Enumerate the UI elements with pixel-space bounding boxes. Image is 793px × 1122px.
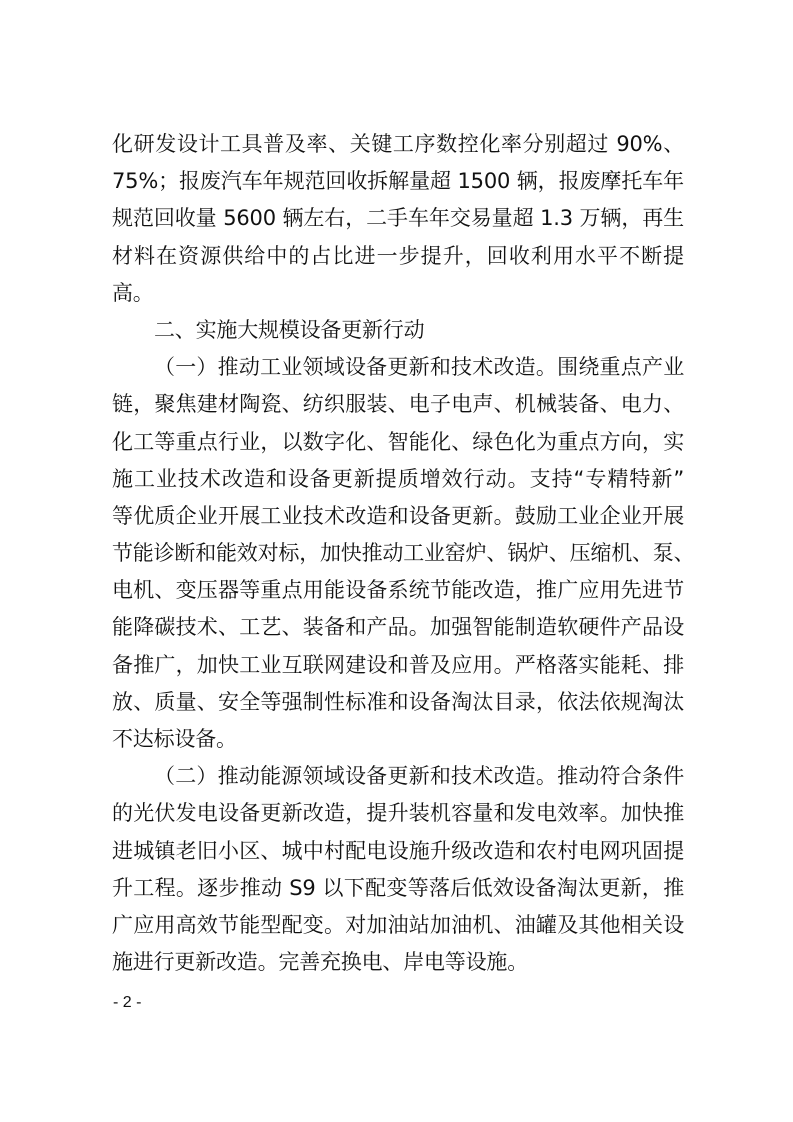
text-line: 进城镇老旧小区、城中村配电设施升级改造和农村电网巩固提 <box>112 833 684 870</box>
text-line: 能降碳技术、工艺、装备和产品。加强智能制造软硬件产品设 <box>112 609 684 646</box>
text-line: 材料在资源供给中的占比进一步提升，回收利用水平不断提 <box>112 238 684 275</box>
page-number: - 2 - <box>113 994 141 1012</box>
text-line: 不达标设备。 <box>112 721 684 758</box>
document-page: 化研发设计工具普及率、关键工序数控化率分别超过 90%、 75%；报废汽车年规范… <box>112 126 684 981</box>
text-line: （二）推动能源领域设备更新和技术改造。推动符合条件 <box>112 758 684 795</box>
text-line: （一）推动工业领域设备更新和技术改造。围绕重点产业 <box>112 349 684 386</box>
text-line: 规范回收量 5600 辆左右，二手车年交易量超 1.3 万辆，再生 <box>112 200 684 237</box>
text-line: 电机、变压器等重点用能设备系统节能改造，推广应用先进节 <box>112 572 684 609</box>
text-line: 等优质企业开展工业技术改造和设备更新。鼓励工业企业开展 <box>112 498 684 535</box>
text-line: 化研发设计工具普及率、关键工序数控化率分别超过 90%、 <box>112 126 684 163</box>
text-line: 75%；报废汽车年规范回收拆解量超 1500 辆，报废摩托车年 <box>112 163 684 200</box>
text-line: 节能诊断和能效对标，加快推动工业窑炉、锅炉、压缩机、泵、 <box>112 535 684 572</box>
paragraph-industrial-equipment: （一）推动工业领域设备更新和技术改造。围绕重点产业 链，聚焦建材陶瓷、纺织服装、… <box>112 349 684 758</box>
text-line: 的光伏发电设备更新改造，提升装机容量和发电效率。加快推 <box>112 795 684 832</box>
text-line: 链，聚焦建材陶瓷、纺织服装、电子电声、机械装备、电力、 <box>112 386 684 423</box>
text-line: 备推广，加快工业互联网建设和普及应用。严格落实能耗、排 <box>112 647 684 684</box>
text-line: 升工程。逐步推动 S9 以下配变等落后低效设备淘汰更新，推 <box>112 870 684 907</box>
text-line: 化工等重点行业，以数字化、智能化、绿色化为重点方向，实 <box>112 424 684 461</box>
paragraph-energy-equipment: （二）推动能源领域设备更新和技术改造。推动符合条件 的光伏发电设备更新改造，提升… <box>112 758 684 981</box>
text-line: 放、质量、安全等强制性标准和设备淘汰目录，依法依规淘汰 <box>112 684 684 721</box>
section-heading: 二、实施大规模设备更新行动 <box>112 312 684 349</box>
paragraph-continued: 化研发设计工具普及率、关键工序数控化率分别超过 90%、 75%；报废汽车年规范… <box>112 126 684 312</box>
text-line: 高。 <box>112 275 684 312</box>
text-line: 施进行更新改造。完善充换电、岸电等设施。 <box>112 944 684 981</box>
text-line: 施工业技术改造和设备更新提质增效行动。支持“专精特新” <box>112 461 684 498</box>
heading-text: 二、实施大规模设备更新行动 <box>112 312 684 349</box>
text-line: 广应用高效节能型配变。对加油站加油机、油罐及其他相关设 <box>112 907 684 944</box>
